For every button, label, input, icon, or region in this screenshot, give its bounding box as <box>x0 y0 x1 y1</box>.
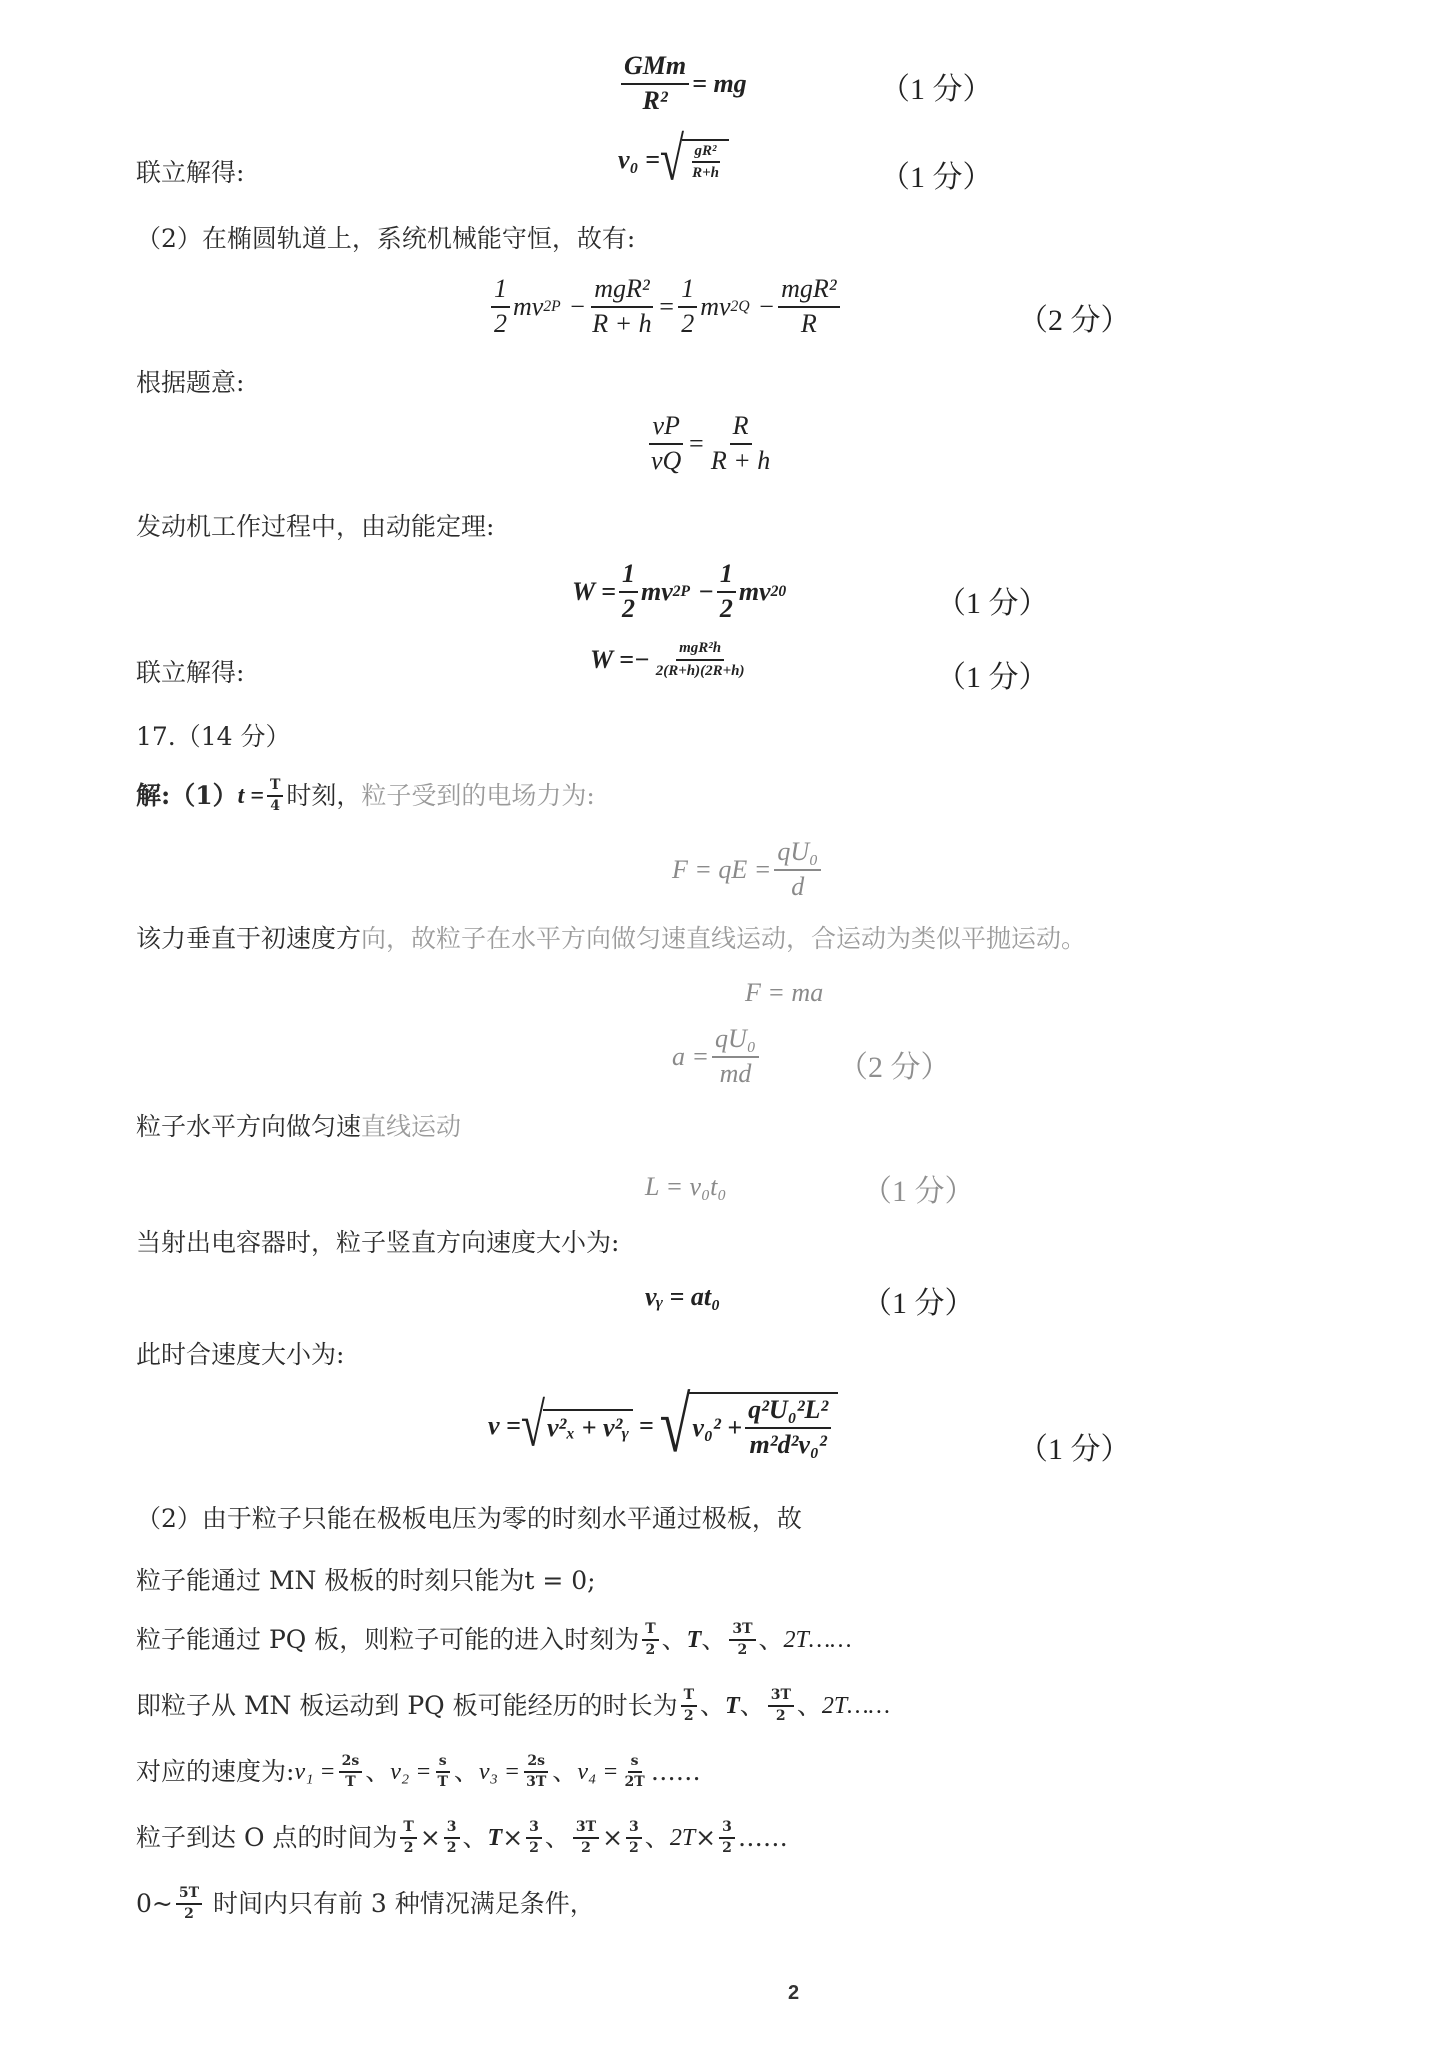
page-number: 2 <box>788 1982 799 2005</box>
score-label: （1 分） <box>880 64 993 108</box>
score-label: （1 分） <box>862 1166 975 1210</box>
engine-label: 发动机工作过程中，由动能定理: <box>136 510 494 544</box>
equation-energy-conservation: 12 mv2P − mgR²R + h = 12 mv2Q − mgR²R <box>488 275 843 338</box>
q17-solution-line: 解:（1） t = T4 时刻， 粒子受到的电场力为: <box>136 778 595 815</box>
horizontal-motion-text: 粒子水平方向做匀速直线运动 <box>136 1110 461 1144</box>
score-label: （1 分） <box>862 1278 975 1322</box>
perpendicular-force-text: 该力垂直于初速度方向，故粒子在水平方向做匀速直线运动，合运动为类似平抛运动。 <box>136 922 1086 956</box>
duration-line: 即粒子从 MN 板运动到 PQ 板可能经历的时长为 T2、 T、 3T2、 2T… <box>136 1688 890 1725</box>
equation-acceleration: a = qU₀md <box>672 1025 762 1088</box>
equation-resultant-velocity: v = √v²ₓ + v²ᵧ = √v₀² +q²U₀²L²m²d²v₀² <box>488 1392 838 1459</box>
equation-work: W = 12 mv2P − 12 mv20 <box>572 560 786 623</box>
equation-newton-second-law: F = ma <box>745 978 823 1008</box>
score-label: （2 分） <box>1018 295 1131 339</box>
equation-work-result: W =− mgR²h2(R+h)(2R+h) <box>590 640 751 679</box>
score-label: （1 分） <box>936 652 1049 696</box>
score-label: （1 分） <box>936 578 1049 622</box>
score-label: （1 分） <box>880 152 993 196</box>
solve-label: 联立解得: <box>136 156 244 190</box>
question-17-header: 17.（14 分） <box>136 720 291 754</box>
equation-vertical-velocity: vᵧ = at₀ <box>645 1282 720 1312</box>
part2-intro: （2）在椭圆轨道上，系统机械能守恒，故有: <box>136 222 635 256</box>
equation-electric-force: F = qE = qU₀d <box>672 838 824 901</box>
pq-plate-line: 粒子能通过 PQ 板，则粒子可能的进入时刻为 T2、 T、 3T2、 2T…… <box>136 1622 852 1659</box>
score-label: （2 分） <box>838 1042 951 1086</box>
exit-velocity-text: 当射出电容器时，粒子竖直方向速度大小为: <box>136 1226 619 1260</box>
equation-v0: v₀ = √gR²R+h <box>618 138 729 182</box>
solve-label: 联立解得: <box>136 656 244 690</box>
part2-intro: （2）由于粒子只能在极板电压为零的时刻水平通过极板，故 <box>136 1502 802 1536</box>
score-label: （1 分） <box>1018 1424 1131 1468</box>
condition-line: 0~ 5T2 时间内只有前 3 种情况满足条件， <box>136 1886 595 1923</box>
mn-plate-line: 粒子能通过 MN 极板的时刻只能为t = 0; <box>136 1564 596 1598</box>
arrival-time-line: 粒子到达 O 点的时间为 T2×32、 T×32、 3T2×32、 2T×32…… <box>136 1820 788 1857</box>
equation-velocity-ratio: vPvQ = RR + h <box>645 412 776 475</box>
by-problem-label: 根据题意: <box>136 366 244 400</box>
resultant-velocity-text: 此时合速度大小为: <box>136 1338 344 1372</box>
equation-gravity: GMmR² = mg <box>618 52 747 115</box>
speed-line: 对应的速度为: v₁ = 2sT、 v₂ = sT、 v₃ = 2s3T、 v₄… <box>136 1754 701 1791</box>
equation-length: L = v₀t₀ <box>645 1172 726 1202</box>
